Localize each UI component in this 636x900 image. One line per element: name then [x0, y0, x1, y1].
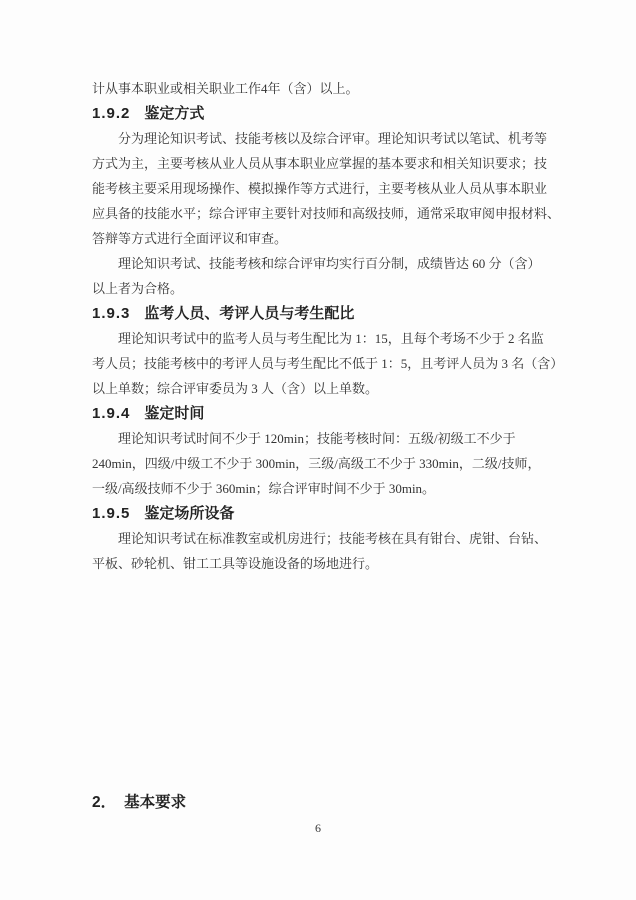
section-number: 1.9.2: [92, 105, 130, 122]
body-line: 理论知识考试中的监考人员与考生配比为 1：15，且每个考场不少于 2 名监: [92, 326, 547, 351]
body-line: 理论知识考试、技能考核和综合评审均实行百分制，成绩皆达 60 分（含）: [92, 251, 547, 276]
chapter-title: 基本要求: [124, 794, 186, 811]
paragraph: 理论知识考试、技能考核和综合评审均实行百分制，成绩皆达 60 分（含） 以上者为…: [92, 251, 547, 301]
section-title: 鉴定方式: [144, 105, 204, 122]
section-heading-1-9-3: 1.9.3监考人员、考评人员与考生配比: [92, 301, 547, 326]
section-title: 监考人员、考评人员与考生配比: [144, 305, 354, 322]
chapter-number: 2．: [92, 794, 116, 811]
body-line: 应具备的技能水平；综合评审主要针对技师和高级技师，通常采取审阅申报材料、: [92, 201, 547, 226]
body-line: 考人员；技能考核中的考评人员与考生配比不低于 1：5，且考评人员为 3 名（含）: [92, 351, 547, 376]
body-line: 以上单数；综合评审委员为 3 人（含）以上单数。: [92, 376, 547, 401]
body-line: 理论知识考试在标准教室或机房进行；技能考核在具有钳台、虎钳、台钻、: [92, 526, 547, 551]
section-heading-1-9-4: 1.9.4鉴定时间: [92, 401, 547, 426]
paragraph: 理论知识考试时间不少于 120min；技能考核时间：五级/初级工不少于 240m…: [92, 426, 547, 501]
body-line: 以上者为合格。: [92, 276, 547, 301]
page-content: 计从事本职业或相关职业工作4年（含）以上。 1.9.2鉴定方式 分为理论知识考试…: [92, 76, 547, 815]
document-page: 计从事本职业或相关职业工作4年（含）以上。 1.9.2鉴定方式 分为理论知识考试…: [0, 0, 636, 900]
section-title: 鉴定场所设备: [144, 505, 234, 522]
section-number: 1.9.4: [92, 405, 130, 422]
body-line: 答辩等方式进行全面评议和审查。: [92, 226, 547, 251]
body-line: 平板、砂轮机、钳工工具等设施设备的场地进行。: [92, 551, 547, 576]
section-number: 1.9.3: [92, 305, 130, 322]
section-heading-1-9-5: 1.9.5鉴定场所设备: [92, 501, 547, 526]
section-title: 鉴定时间: [144, 405, 204, 422]
blank-space: [92, 576, 547, 790]
body-line: 240min，四级/中级工不少于 300min，三级/高级工不少于 330min…: [92, 451, 547, 476]
body-line: 计从事本职业或相关职业工作4年（含）以上。: [92, 76, 547, 101]
body-line: 方式为主，主要考核从业人员从事本职业应掌握的基本要求和相关知识要求；技: [92, 151, 547, 176]
body-line: 能考核主要采用现场操作、模拟操作等方式进行，主要考核从业人员从事本职业: [92, 176, 547, 201]
chapter-heading: 2．基本要求: [92, 790, 547, 815]
page-number: 6: [0, 822, 636, 834]
paragraph: 理论知识考试中的监考人员与考生配比为 1：15，且每个考场不少于 2 名监 考人…: [92, 326, 547, 401]
body-line: 分为理论知识考试、技能考核以及综合评审。理论知识考试以笔试、机考等: [92, 126, 547, 151]
paragraph: 分为理论知识考试、技能考核以及综合评审。理论知识考试以笔试、机考等 方式为主，主…: [92, 126, 547, 251]
body-line: 理论知识考试时间不少于 120min；技能考核时间：五级/初级工不少于: [92, 426, 547, 451]
section-heading-1-9-2: 1.9.2鉴定方式: [92, 101, 547, 126]
section-number: 1.9.5: [92, 505, 130, 522]
body-line: 一级/高级技师不少于 360min；综合评审时间不少于 30min。: [92, 476, 547, 501]
paragraph: 理论知识考试在标准教室或机房进行；技能考核在具有钳台、虎钳、台钻、 平板、砂轮机…: [92, 526, 547, 576]
